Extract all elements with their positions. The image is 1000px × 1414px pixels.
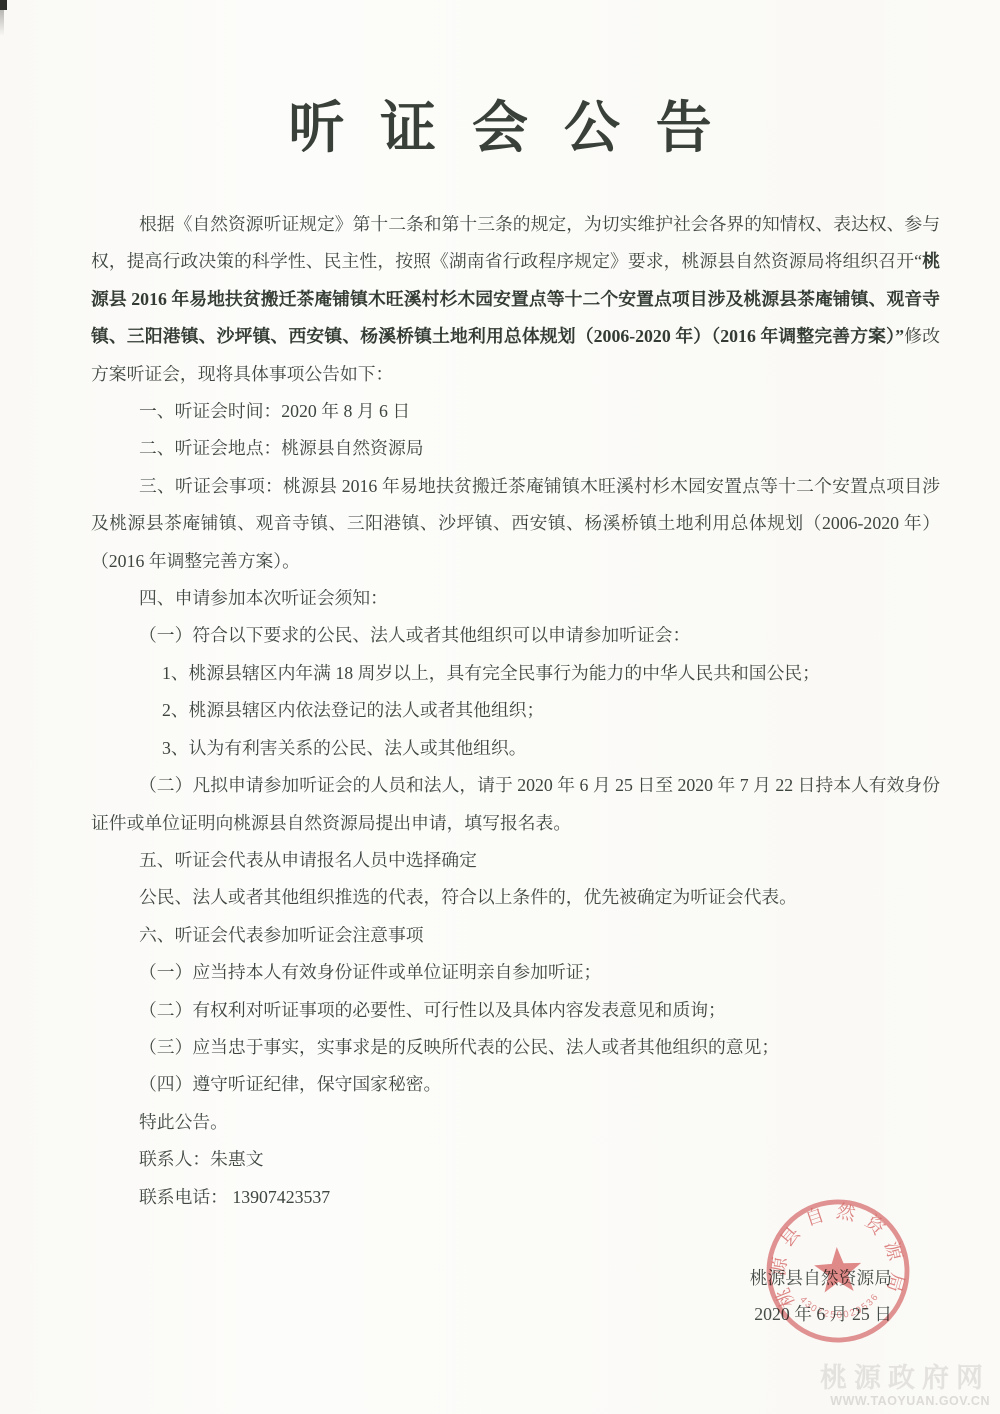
document-title: 听证会公告 <box>0 84 1000 164</box>
watermark-site-url: WWW.TAOYUAN.GOV.CN <box>820 1394 990 1408</box>
site-watermark: 桃源政府网 WWW.TAOYUAN.GOV.CN <box>820 1363 990 1408</box>
signature-org: 桃源县自然资源局 <box>750 1261 892 1297</box>
item-note-id-required: （一）应当持本人有效身份证件或单位证明亲自参加听证； <box>91 954 940 991</box>
signature-date: 2020 年 6 月 25 日 <box>750 1297 892 1333</box>
item-eligibility-stakeholder: 3、认为有利害关系的公民、法人或其他组织。 <box>91 730 940 767</box>
contact-person: 联系人：朱惠文 <box>91 1141 940 1178</box>
watermark-site-name: 桃源政府网 <box>820 1363 990 1394</box>
closing-statement: 特此公告。 <box>91 1104 940 1141</box>
intro-paragraph: 根据《自然资源听证规定》第十二条和第十三条的规定，为切实维护社会各界的知情权、表… <box>91 206 940 393</box>
item-hearing-place: 二、听证会地点：桃源县自然资源局 <box>91 430 940 467</box>
item-hearing-subject: 三、听证会事项：桃源县 2016 年易地扶贫搬迁茶庵铺镇木旺溪村杉木园安置点等十… <box>91 468 940 580</box>
scan-artifact-shadow <box>0 10 4 36</box>
item-application-notice: 四、申请参加本次听证会须知： <box>91 580 940 617</box>
item-eligibility-heading: （一）符合以下要求的公民、法人或者其他组织可以申请参加听证会： <box>91 617 940 654</box>
item-hearing-time: 一、听证会时间：2020 年 8 月 6 日 <box>91 393 940 430</box>
item-eligibility-citizen: 1、桃源县辖区内年满 18 周岁以上，具有完全民事行为能力的中华人民共和国公民； <box>91 655 940 692</box>
signature-block: 桃源县自然资源局 2020 年 6 月 25 日 <box>750 1261 892 1332</box>
item-note-discipline: （四）遵守听证纪律，保守国家秘密。 <box>91 1066 940 1103</box>
item-eligibility-legal-person: 2、桃源县辖区内依法登记的法人或者其他组织； <box>91 692 940 729</box>
intro-lead-text: 根据《自然资源听证规定》第十二条和第十三条的规定，为切实维护社会各界的知情权、表… <box>91 214 940 271</box>
contact-phone: 联系电话： 13907423537 <box>91 1179 940 1216</box>
item-note-right-to-comment: （二）有权利对听证事项的必要性、可行性以及具体内容发表意见和质询； <box>91 992 940 1029</box>
item-note-faithful-opinion: （三）应当忠于事实，实事求是的反映所代表的公民、法人或者其他组织的意见； <box>91 1029 940 1066</box>
item-representative-priority: 公民、法人或者其他组织推选的代表，符合以上条件的，优先被确定为听证会代表。 <box>91 879 940 916</box>
scan-artifact-corner <box>0 0 7 10</box>
document-body: 根据《自然资源听证规定》第十二条和第十三条的规定，为切实维护社会各界的知情权、表… <box>91 206 940 1216</box>
document-page: 听证会公告 根据《自然资源听证规定》第十二条和第十三条的规定，为切实维护社会各界… <box>0 0 1000 1414</box>
item-attendance-notes-heading: 六、听证会代表参加听证会注意事项 <box>91 917 940 954</box>
item-application-period: （二）凡拟申请参加听证会的人员和法人，请于 2020 年 6 月 25 日至 2… <box>91 767 940 842</box>
item-representative-selection: 五、听证会代表从申请报名人员中选择确定 <box>91 842 940 879</box>
